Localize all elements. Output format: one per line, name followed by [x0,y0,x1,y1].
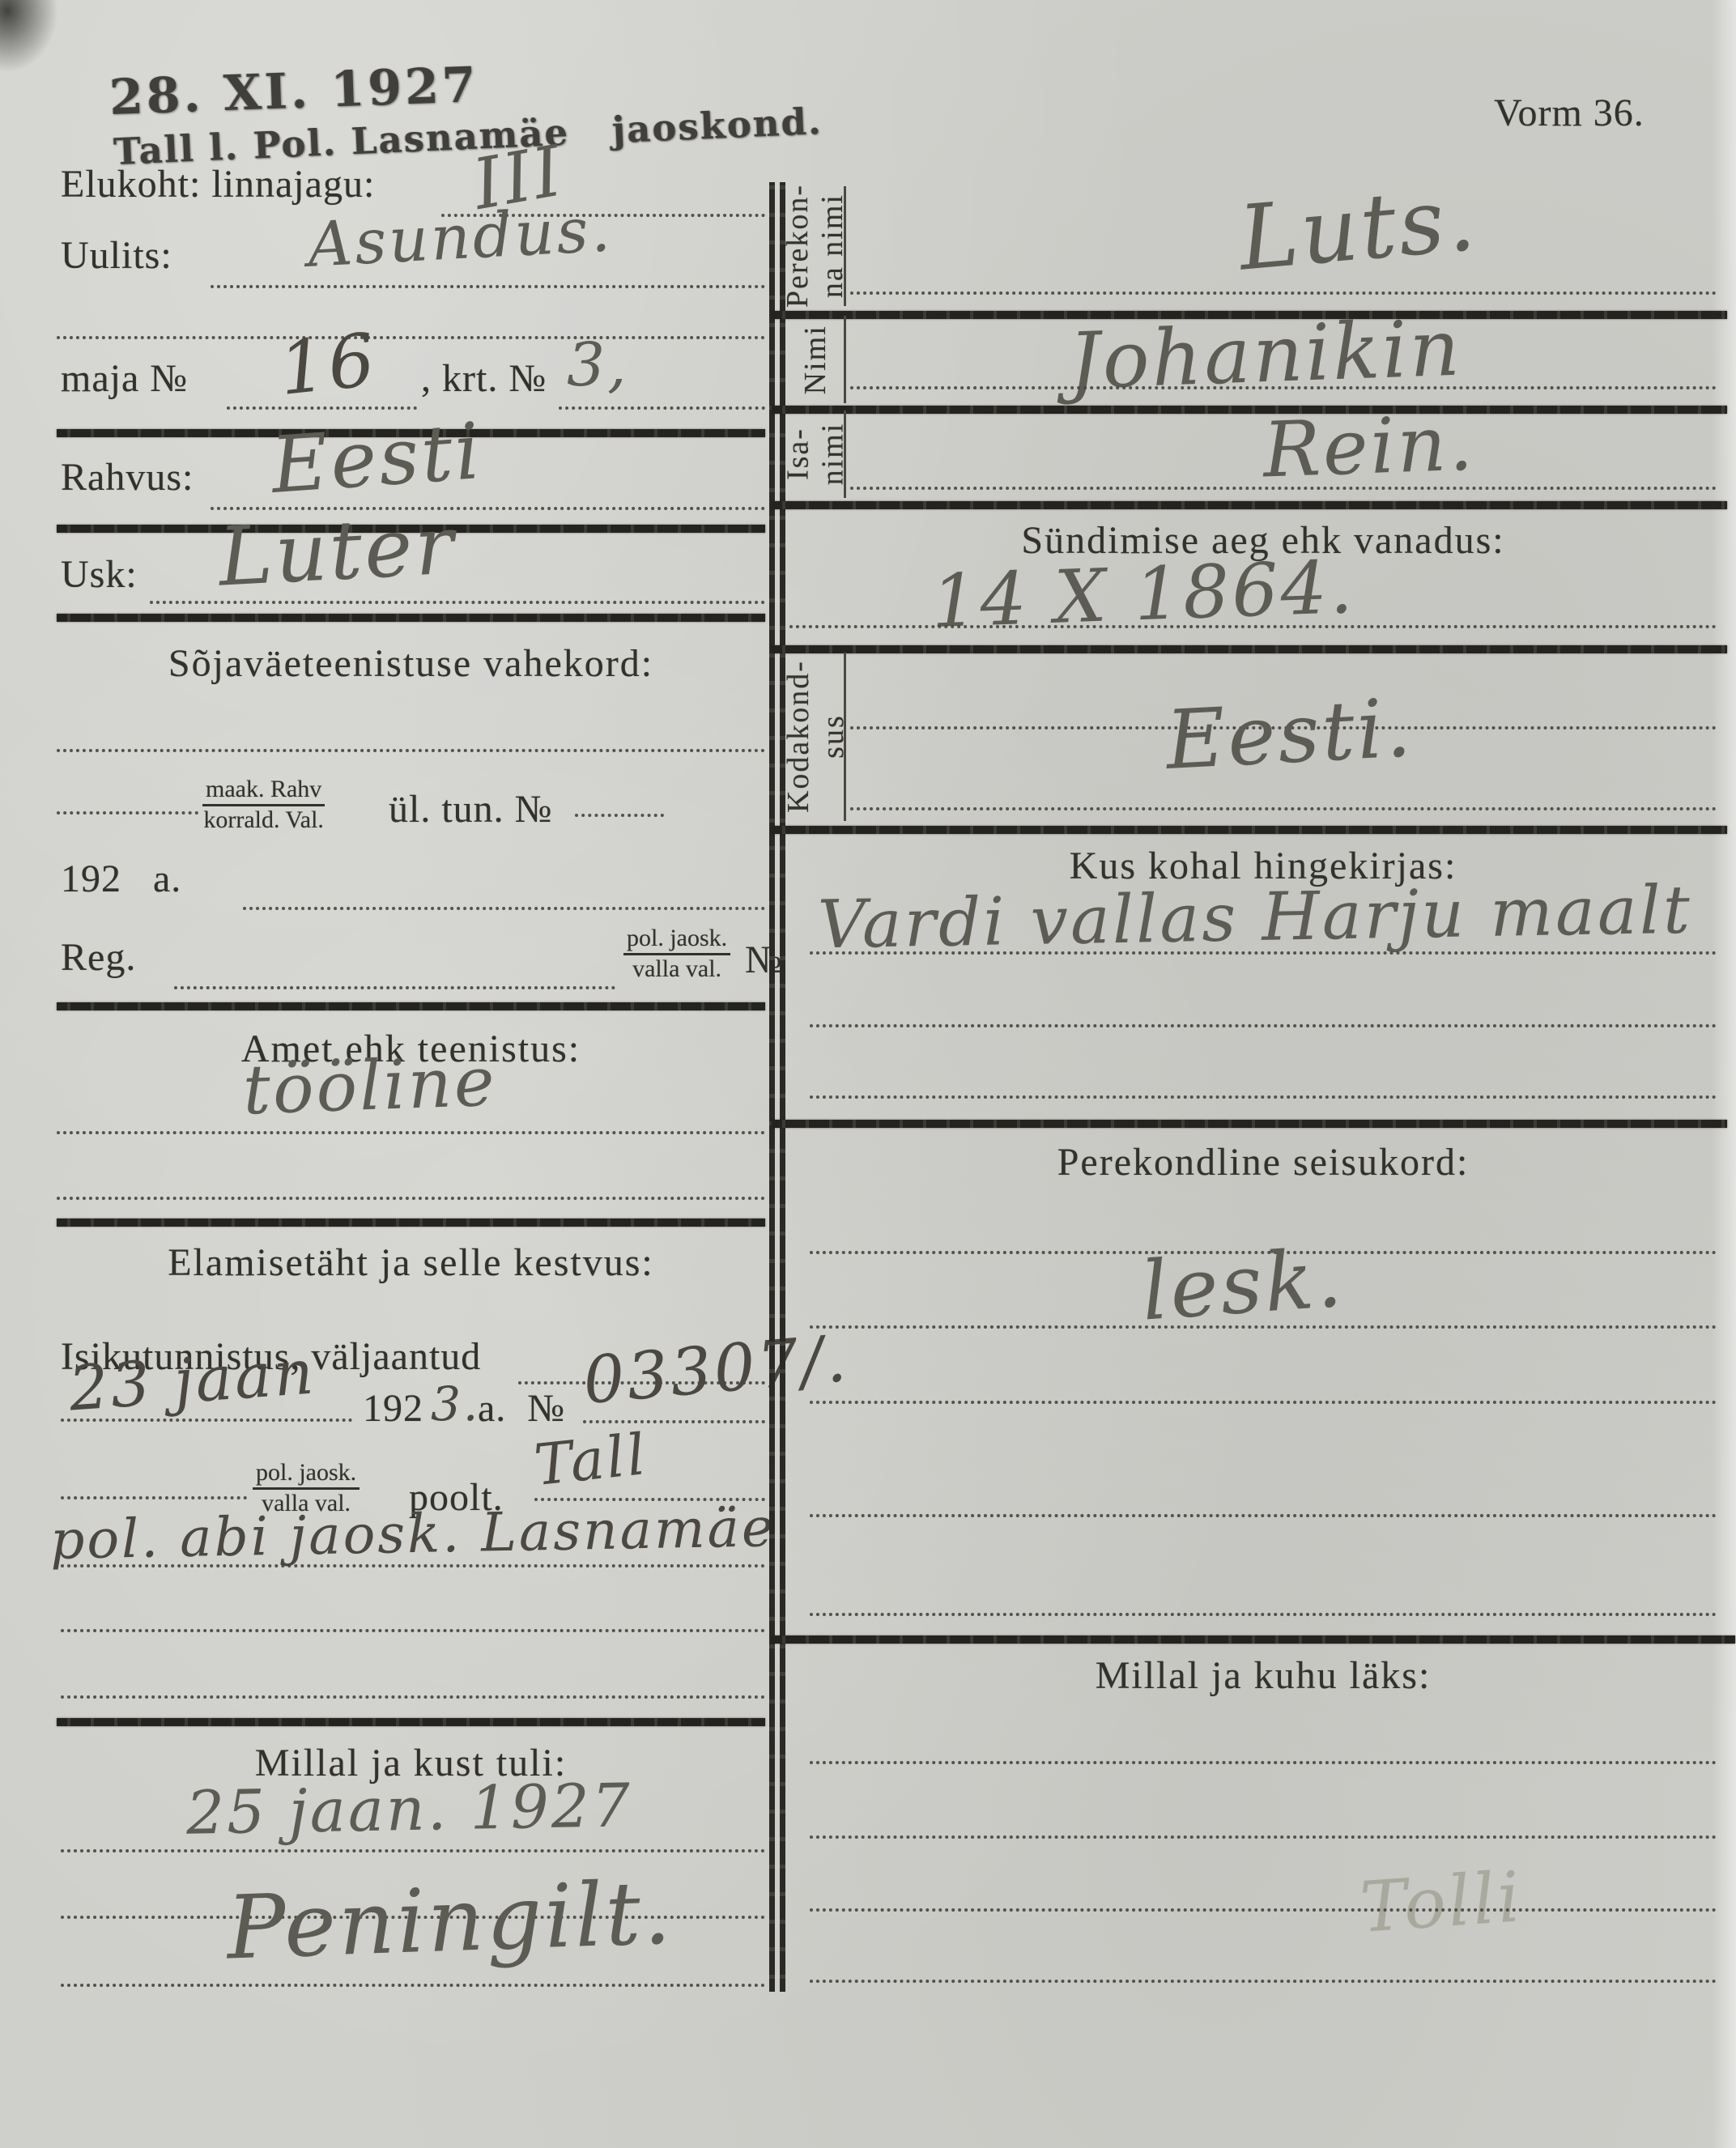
section-bar [772,1635,1735,1644]
column-divider [769,182,775,1992]
section-bar [772,501,1727,509]
label-divider [844,186,846,306]
dotted-line [850,807,1717,810]
fraction-bottom: korrald. Val. [202,806,325,834]
dotted-line [559,406,765,410]
dotted-line [810,1980,1717,1983]
date-stamp: 28. XI. 1927 [108,57,480,126]
field-value-usk: Luter [216,497,458,604]
field-value-isik-year: 3. [431,1376,480,1431]
fraction-top: pol. jaosk. [623,925,730,955]
field-value-tuli-place: Peningilt. [225,1862,674,1979]
field-label-maja: maja № [61,356,188,401]
field-label-year: 192 a. [61,857,181,901]
field-value-poolt-issuer: Tall [531,1421,651,1499]
section-header-sojavae: Sõjaväeteenistuse vahekord: [57,641,765,686]
rowlabel-nimi: Nimi [787,314,844,405]
section-bar [772,1120,1727,1128]
label-divider [844,410,846,498]
rowlabel-line: Kodakond- [781,660,815,813]
rowlabel-line: Perekon- [781,184,815,308]
section-header-elamistaht: Elamisetäht ja selle kestvus: [57,1240,765,1285]
dotted-line [850,386,1717,389]
section-bar [57,1219,765,1227]
dotted-line [810,1835,1717,1839]
field-value-maja: 16 [275,317,381,412]
field-label-krt: , krt. № [421,356,547,401]
field-label-reg: Reg. [61,935,136,980]
dotted-line [57,749,765,752]
dotted-line [243,907,765,910]
dotted-line [57,811,198,815]
field-value-kodakondsus: Eesti. [1164,680,1415,788]
dotted-line [57,336,765,339]
dotted-line [583,1420,765,1423]
field-value-seisukord: lesk. [1138,1230,1347,1338]
field-value-hingekirjas: Vardi vallas Harju maalt [817,872,1692,964]
dotted-line [810,1325,1717,1329]
field-value-perekonnanimi: Luts. [1235,166,1482,290]
field-value-rahvus: Eesti [268,406,485,511]
field-value-krt: 3, [567,330,629,400]
dotted-line [810,1908,1717,1912]
dotted-line [850,487,1717,490]
field-value-amet: tööline [241,1042,498,1130]
section-header-seisukord: Perekondline seisukord: [810,1140,1717,1185]
dotted-line [61,1419,352,1422]
section-bar [57,1718,765,1726]
dotted-line [57,1131,765,1134]
field-value-uulits: Asundus. [306,193,615,281]
dotted-line [789,625,1717,628]
dotted-line [810,1761,1717,1764]
rowlabel-perekonnanimi: Perekon- na nimi [787,185,844,308]
fraction-maak: maak. Rahv korrald. Val. [202,776,325,833]
dotted-line [174,986,615,989]
scan-corner-smudge [0,0,58,73]
field-value-issuer-line: pol. abi jaosk. Lasnamäe [49,1496,776,1572]
dotted-line [575,814,664,817]
field-value-sundimise: 14 X 1864. [930,545,1356,644]
section-bar [57,1002,765,1010]
field-label-rahvus: Rahvus: [61,455,194,500]
fraction-top: pol. jaosk. [253,1459,360,1490]
dotted-line [810,1024,1717,1027]
dotted-line [810,1401,1717,1404]
rowlabel-kodakondsus: Kodakond- sus [787,649,844,823]
fraction-top: maak. Rahv [202,776,325,806]
field-label-ul-tun: ül. tun. № [389,787,552,832]
dotted-line [211,285,765,288]
field-value-laks-note: Tolli [1358,1857,1525,1949]
section-bar [772,406,1727,414]
field-label-isik-year: 192 [363,1386,423,1431]
dotted-line [61,1496,247,1499]
registration-form-scan: 28. XI. 1927 Tall l. Pol. Lasnamäe jaosk… [0,0,1736,2148]
section-bar [772,645,1727,653]
paper-edge [1712,0,1736,2148]
field-label-no: № [745,938,783,982]
field-label-isik-a-no: a. № [478,1386,565,1431]
dotted-line [850,291,1717,295]
field-label-usk: Usk: [61,552,138,597]
dotted-line [810,951,1717,955]
dotted-line [61,1564,765,1567]
dotted-line [57,1197,765,1200]
dotted-line [61,1984,765,1987]
rowlabel-line: Isa- [781,423,815,486]
field-value-tuli-date: 25 jaan. 1927 [185,1771,632,1848]
dotted-line [810,1613,1717,1616]
field-label-elukoht: Elukoht: linnajagu: [61,162,375,206]
dotted-line [810,1095,1717,1099]
label-divider [844,316,846,403]
dotted-line [61,1629,765,1632]
field-label-uulits: Uulits: [61,233,172,278]
dotted-line [810,1514,1717,1517]
section-bar [772,826,1727,834]
form-number: Vorm 36. [1494,91,1645,135]
rowlabel-isanimi: Isa- nimi [787,409,844,500]
section-header-laks: Millal ja kuhu läks: [810,1653,1717,1698]
rowlabel-line: Nimi [798,325,833,394]
dotted-line [61,1849,765,1852]
field-value-isanimi: Rein. [1262,399,1477,495]
label-divider [844,653,846,821]
section-bar [57,614,765,622]
fraction-pol: pol. jaosk. valla val. [623,925,730,982]
dotted-line [61,1695,765,1699]
fraction-bottom: valla val. [623,955,730,983]
field-value-nimi: Johanikin [1067,303,1463,407]
